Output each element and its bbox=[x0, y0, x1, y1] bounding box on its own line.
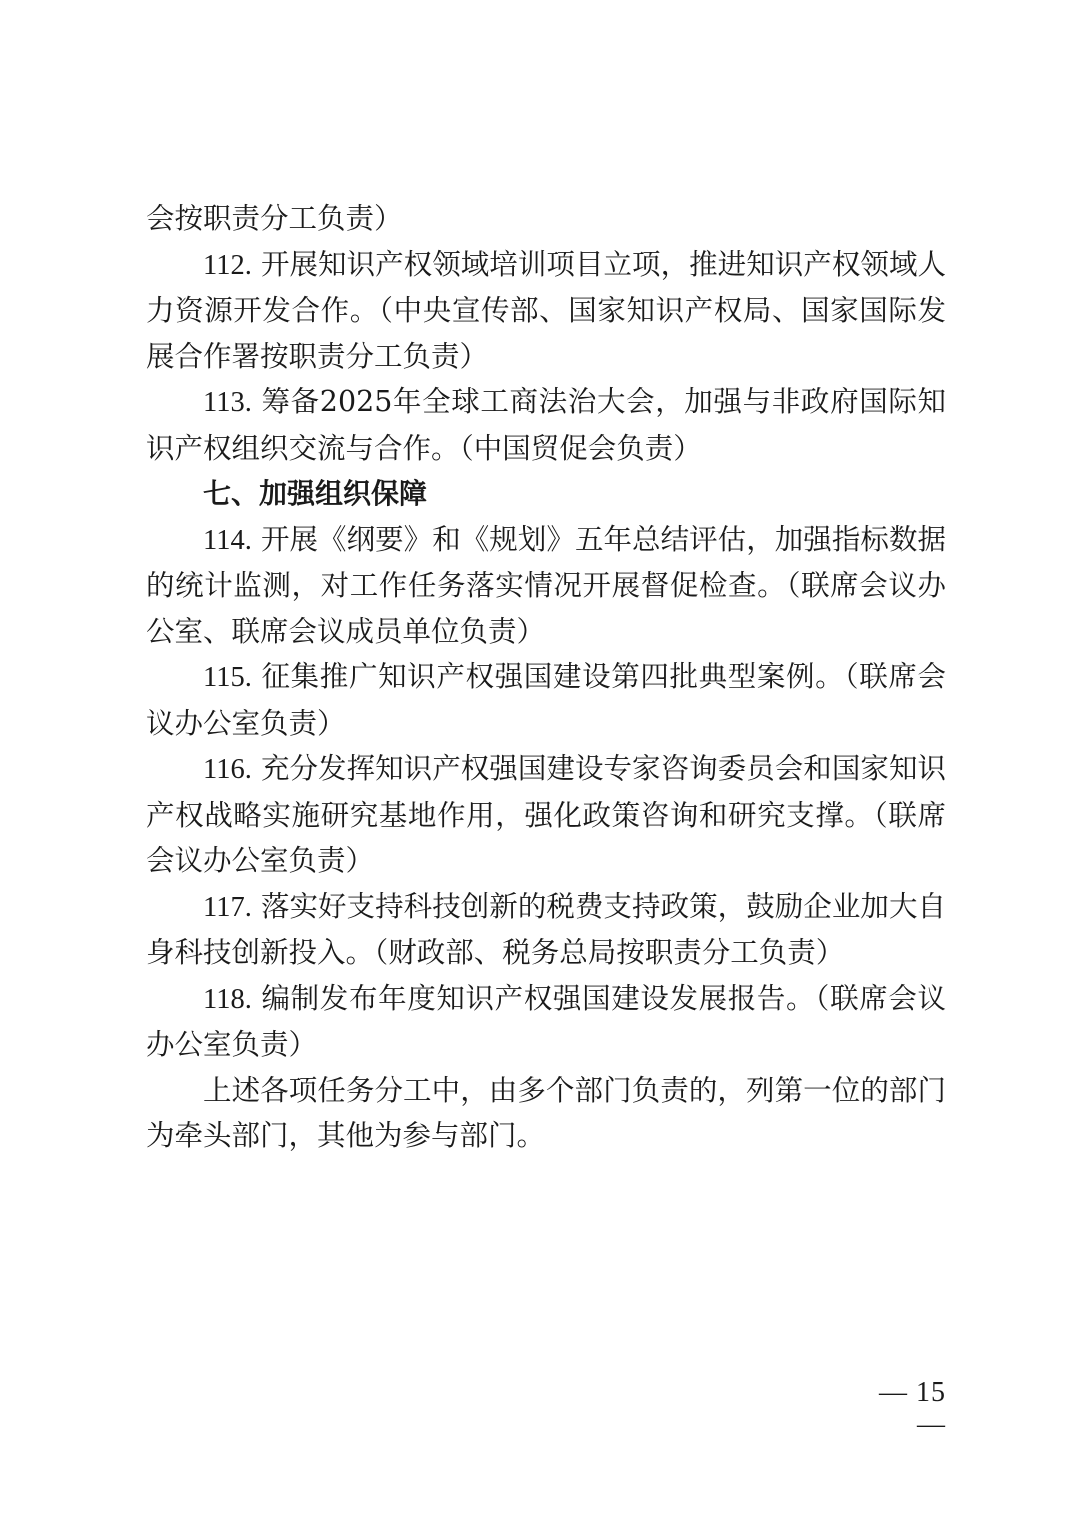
page-number: — 15 — bbox=[844, 1377, 946, 1441]
document-body: 会按职责分工负责） 112. 开展知识产权领域培训项目立项，推进知识产权领域人力… bbox=[146, 196, 946, 1159]
item-number: 117. bbox=[203, 892, 252, 923]
item-text: 征集推广知识产权强国建设第四批典型案例。（联席会议办公室负责） bbox=[146, 660, 946, 740]
item-text: 落实好支持科技创新的税费支持政策，鼓励企业加大自身科技创新投入。（财政部、税务总… bbox=[146, 890, 946, 970]
task-item-115: 115. 征集推广知识产权强国建设第四批典型案例。（联席会议办公室负责） bbox=[146, 654, 946, 746]
item-number: 116. bbox=[203, 754, 252, 785]
continuation-paragraph: 会按职责分工负责） bbox=[146, 196, 946, 242]
section-heading: 七、加强组织保障 bbox=[146, 471, 946, 517]
task-item-114: 114. 开展《纲要》和《规划》五年总结评估，加强指标数据的统计监测，对工作任务… bbox=[146, 517, 946, 655]
task-item-112: 112. 开展知识产权领域培训项目立项，推进知识产权领域人力资源开发合作。（中央… bbox=[146, 242, 946, 380]
item-text: 编制发布年度知识产权强国建设发展报告。（联席会议办公室负责） bbox=[146, 982, 946, 1062]
item-text: 充分发挥知识产权强国建设专家咨询委员会和国家知识产权战略实施研究基地作用，强化政… bbox=[146, 752, 946, 877]
item-number: 118. bbox=[203, 984, 252, 1015]
item-text: 筹备2025年全球工商法治大会，加强与非政府国际知识产权组织交流与合作。（中国贸… bbox=[146, 385, 946, 465]
item-number: 112. bbox=[203, 250, 252, 281]
task-item-118: 118. 编制发布年度知识产权强国建设发展报告。（联席会议办公室负责） bbox=[146, 976, 946, 1068]
item-number: 113. bbox=[203, 387, 252, 418]
task-item-117: 117. 落实好支持科技创新的税费支持政策，鼓励企业加大自身科技创新投入。（财政… bbox=[146, 884, 946, 976]
closing-note: 上述各项任务分工中，由多个部门负责的，列第一位的部门为牵头部门，其他为参与部门。 bbox=[146, 1068, 946, 1159]
item-text: 开展知识产权领域培训项目立项，推进知识产权领域人力资源开发合作。（中央宣传部、国… bbox=[146, 248, 946, 373]
item-number: 114. bbox=[203, 525, 252, 556]
task-item-116: 116. 充分发挥知识产权强国建设专家咨询委员会和国家知识产权战略实施研究基地作… bbox=[146, 746, 946, 884]
item-text: 开展《纲要》和《规划》五年总结评估，加强指标数据的统计监测，对工作任务落实情况开… bbox=[146, 523, 946, 648]
item-number: 115. bbox=[203, 662, 252, 693]
task-item-113: 113. 筹备2025年全球工商法治大会，加强与非政府国际知识产权组织交流与合作… bbox=[146, 379, 946, 471]
